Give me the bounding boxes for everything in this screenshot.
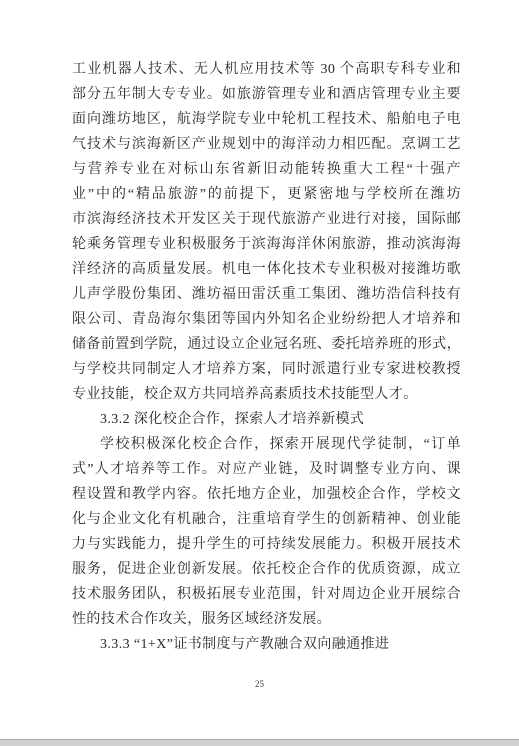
page-text: 工业机器人技术、无人机应用技术等 30 个高职专科专业和部分五年制大专专业。如旅… bbox=[72, 57, 461, 657]
text-line: 3.3.3 “1+X”证书制度与产教融合双向融通推进 bbox=[72, 632, 461, 657]
viewer-background-strip bbox=[0, 739, 519, 746]
text-line: 性的技术合作攻关，服务区域经济发展。 bbox=[72, 607, 461, 632]
text-line: 程设置和教学内容。依托地方企业，加强校企合作，学校文 bbox=[72, 482, 461, 507]
text-line: 技术服务团队，积极拓展专业范围，针对周边企业开展综合 bbox=[72, 582, 461, 607]
text-line: 市滨海经济技术开发区关于现代旅游产业进行对接，国际邮 bbox=[72, 207, 461, 232]
text-line: 工业机器人技术、无人机应用技术等 30 个高职专科专业和 bbox=[72, 57, 461, 82]
text-line: 业”中的“精品旅游”的前提下，更紧密地与学校所在潍坊 bbox=[72, 182, 461, 207]
document-page: 工业机器人技术、无人机应用技术等 30 个高职专科专业和部分五年制大专专业。如旅… bbox=[0, 0, 519, 746]
text-line: 儿声学股份集团、潍坊福田雷沃重工集团、潍坊浩信科技有 bbox=[72, 282, 461, 307]
text-line: 专业技能，校企双方共同培养高素质技术技能型人才。 bbox=[72, 382, 461, 407]
text-line: 面向潍坊地区，航海学院专业中轮机工程技术、船舶电子电 bbox=[72, 107, 461, 132]
text-line: 轮乘务管理专业积极服务于滨海海洋休闲旅游，推动滨海海 bbox=[72, 232, 461, 257]
text-line: 与营养专业在对标山东省新旧动能转换重大工程“十强产 bbox=[72, 157, 461, 182]
text-line: 限公司、青岛海尔集团等国内外知名企业纷纷把人才培养和 bbox=[72, 307, 461, 332]
text-line: 学校积极深化校企合作，探索开展现代学徒制，“订单 bbox=[72, 432, 461, 457]
text-line: 洋经济的高质量发展。机电一体化技术专业积极对接潍坊歌 bbox=[72, 257, 461, 282]
text-line: 化与企业文化有机融合，注重培育学生的创新精神、创业能 bbox=[72, 507, 461, 532]
text-line: 力与实践能力，提升学生的可持续发展能力。积极开展技术 bbox=[72, 532, 461, 557]
text-line: 储备前置到学院，通过设立企业冠名班、委托培养班的形式， bbox=[72, 332, 461, 357]
text-line: 气技术与滨海新区产业规划中的海洋动力相匹配。烹调工艺 bbox=[72, 132, 461, 157]
text-line: 3.3.2 深化校企合作，探索人才培养新模式 bbox=[72, 407, 461, 432]
text-line: 部分五年制大专专业。如旅游管理专业和酒店管理专业主要 bbox=[72, 82, 461, 107]
text-line: 与学校共同制定人才培养方案，同时派遣行业专家进校教授 bbox=[72, 357, 461, 382]
text-line: 式”人才培养等工作。对应产业链，及时调整专业方向、课 bbox=[72, 457, 461, 482]
page-number: 25 bbox=[0, 679, 519, 689]
text-line: 服务，促进企业创新发展。依托校企合作的优质资源，成立 bbox=[72, 557, 461, 582]
